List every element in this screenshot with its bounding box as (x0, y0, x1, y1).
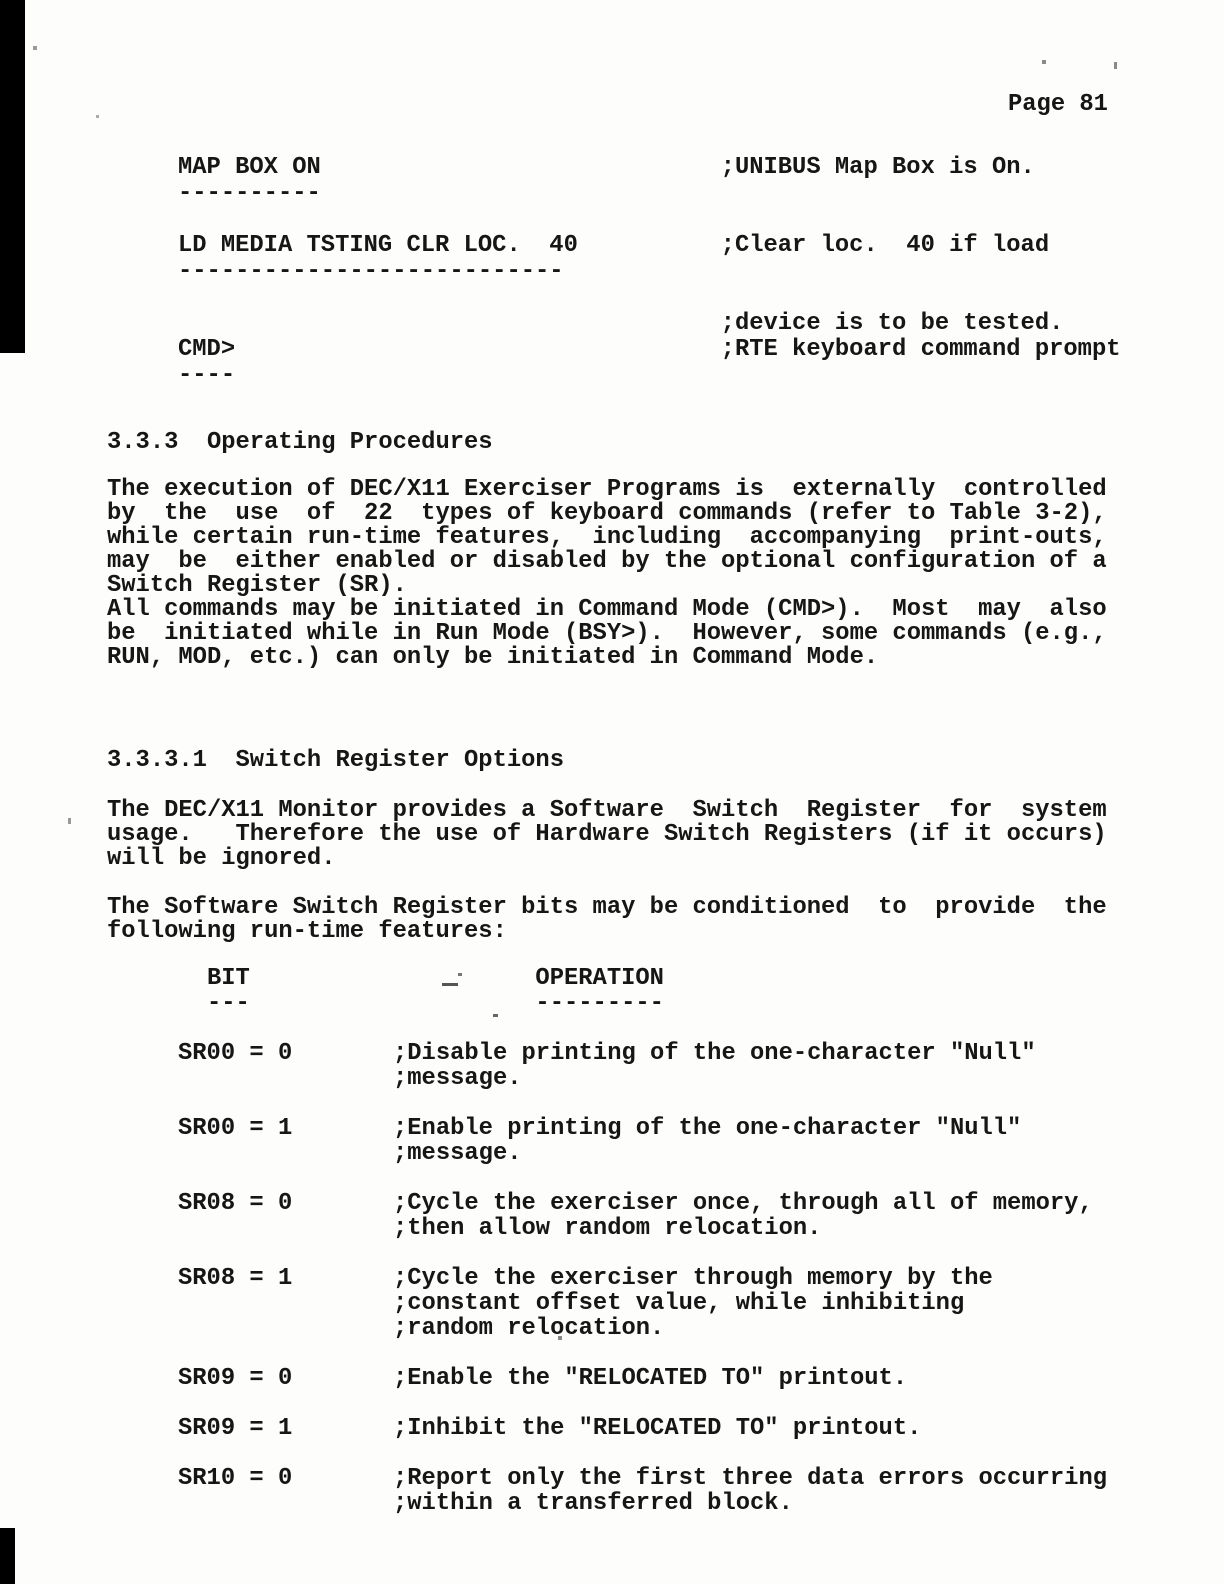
bit-label: SR08 = 0 (178, 1191, 393, 1216)
bit-operation: ;Cycle the exerciser through memory by t… (393, 1266, 1158, 1341)
bit-operation: ;Cycle the exerciser once, through all o… (393, 1191, 1158, 1241)
switch-register-row: SR09 = 1 ;Inhibit the "RELOCATED TO" pri… (178, 1416, 1158, 1441)
page-edge-bar-top-left (0, 0, 25, 353)
section-heading-operating-procedures: 3.3.3 Operating Procedures (107, 430, 493, 456)
bit-label: SR09 = 1 (178, 1416, 393, 1441)
paragraph-switch-register-intro: The DEC/X11 Monitor provides a Software … (107, 799, 1107, 871)
bit-label: SR08 = 1 (178, 1266, 393, 1291)
bit-operation: ;Enable the "RELOCATED TO" printout. (393, 1366, 1158, 1391)
paragraph-switch-register-features: The Software Switch Register bits may be… (107, 896, 1107, 944)
bit-label: SR00 = 0 (178, 1041, 393, 1066)
bit-operation-table-header: BIT OPERATION --- --------- (107, 966, 664, 1016)
bit-operation: ;Inhibit the "RELOCATED TO" printout. (393, 1416, 1158, 1441)
switch-register-row: SR00 = 0 ;Disable printing of the one-ch… (178, 1041, 1158, 1091)
scan-speck (33, 46, 37, 50)
bit-label: SR09 = 0 (178, 1366, 393, 1391)
page-edge-bar-bottom-left (0, 1528, 15, 1584)
section-heading-switch-register-options: 3.3.3.1 Switch Register Options (107, 748, 564, 774)
bit-operation: ;Disable printing of the one-character "… (393, 1041, 1158, 1091)
scan-speck (68, 818, 71, 824)
switch-register-row: SR10 = 0 ;Report only the first three da… (178, 1466, 1158, 1516)
switch-register-row: SR09 = 0 ;Enable the "RELOCATED TO" prin… (178, 1366, 1158, 1391)
scan-speck (1114, 62, 1117, 69)
switch-register-row: SR00 = 1 ;Enable printing of the one-cha… (178, 1116, 1158, 1166)
page-number: Page 81 (1008, 92, 1108, 118)
bit-operation: ;Enable printing of the one-character "N… (393, 1116, 1158, 1166)
scanned-manual-page: Page 81 MAP BOX ON ;UNIBUS Map Box is On… (0, 0, 1224, 1584)
bit-operation: ;Report only the first three data errors… (393, 1466, 1158, 1516)
scan-speck (1042, 60, 1046, 64)
switch-register-row: SR08 = 0 ;Cycle the exerciser once, thro… (178, 1191, 1158, 1241)
terminal-output-block: MAP BOX ON ;UNIBUS Map Box is On. ------… (178, 155, 1121, 389)
switch-register-row: SR08 = 1 ;Cycle the exerciser through me… (178, 1266, 1158, 1341)
paragraph-operating-procedures: The execution of DEC/X11 Exerciser Progr… (107, 478, 1107, 670)
scan-speck (96, 115, 99, 118)
switch-register-bit-table: SR00 = 0 ;Disable printing of the one-ch… (178, 1041, 1158, 1516)
bit-label: SR00 = 1 (178, 1116, 393, 1141)
bit-label: SR10 = 0 (178, 1466, 393, 1491)
